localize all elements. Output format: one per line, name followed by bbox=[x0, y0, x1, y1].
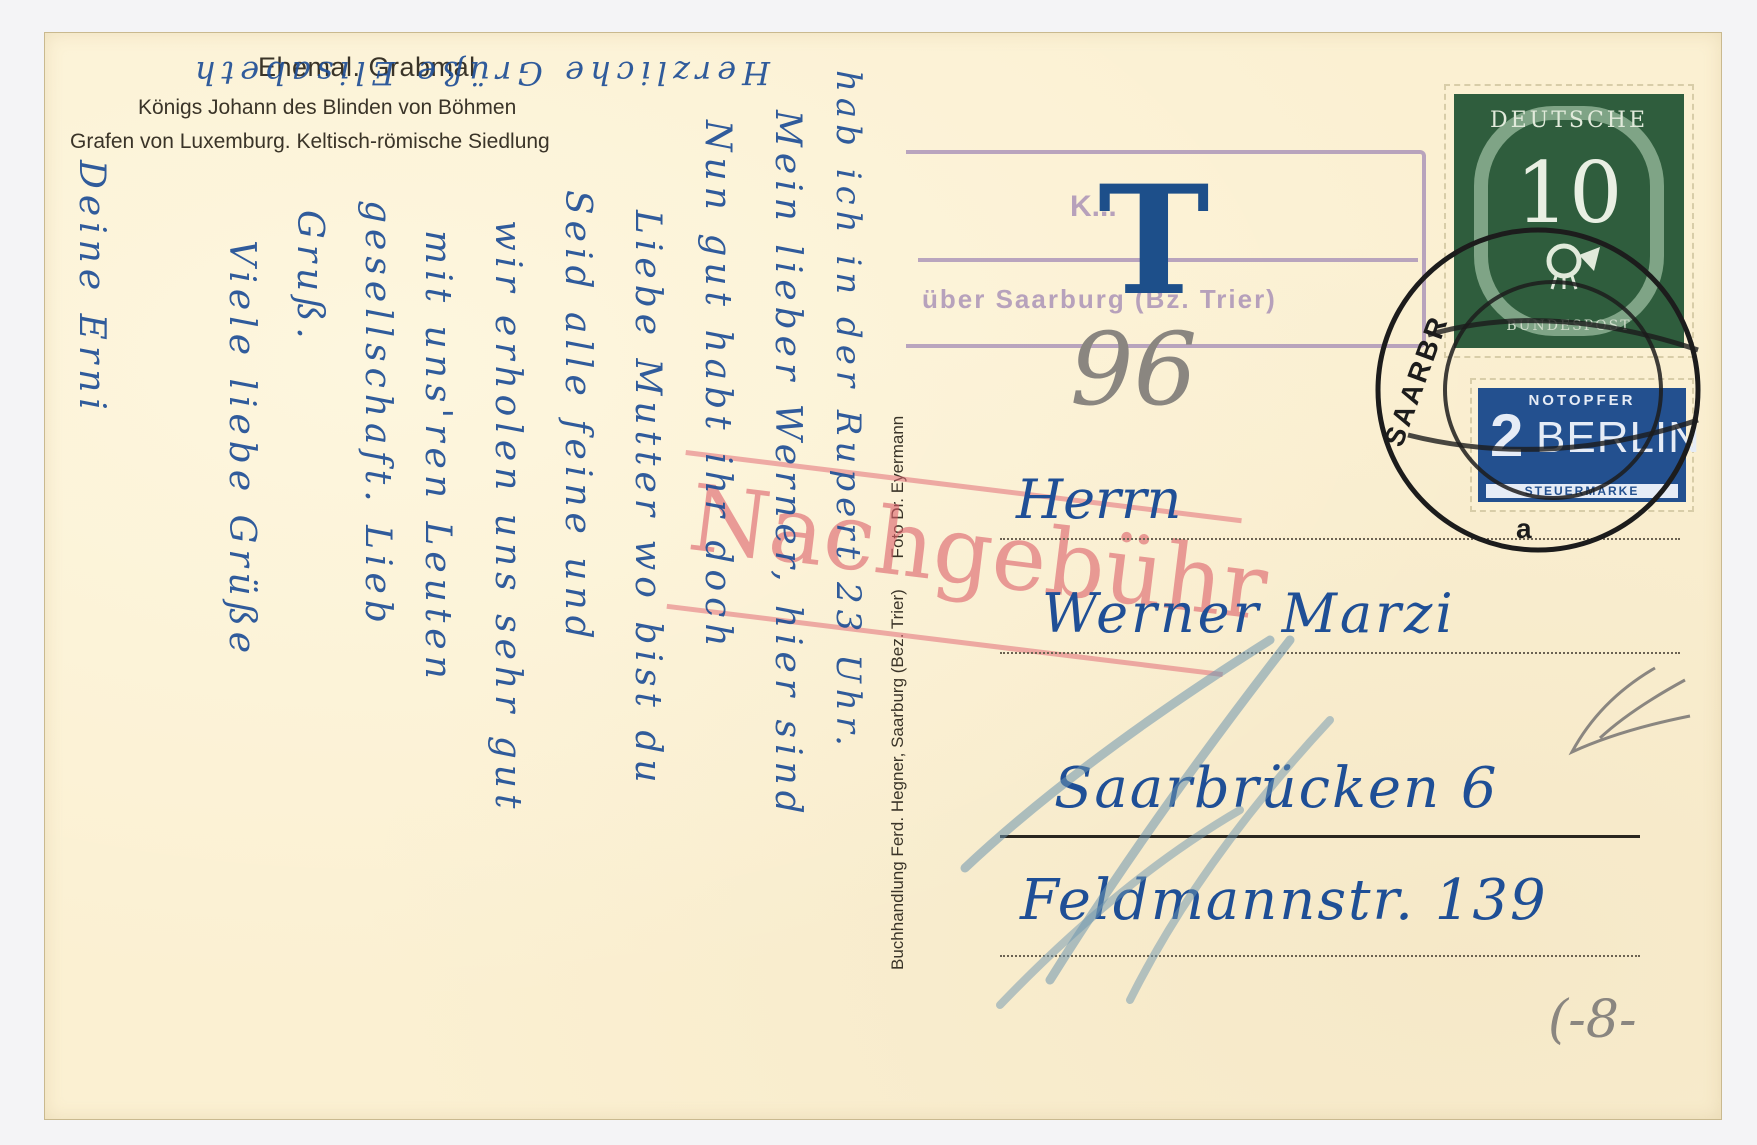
address-line bbox=[1000, 955, 1640, 957]
message-line: wir erholen uns sehr gut bbox=[487, 220, 528, 814]
message-line: Viele liebe Grüße bbox=[221, 240, 262, 659]
address-line-underline bbox=[1000, 835, 1640, 838]
pencil-note: 96 bbox=[1070, 320, 1197, 420]
caption-subtitle-1: Königs Johann des Blinden von Böhmen bbox=[138, 96, 516, 120]
publisher-name: Buchhandlung Ferd. Hegner, Saarburg (Bez… bbox=[888, 589, 907, 970]
message-line: mit uns'ren Leuten bbox=[417, 230, 458, 685]
postage-due-mark: T bbox=[1098, 166, 1210, 316]
caption-subtitle-2: Grafen von Luxemburg. Keltisch-römische … bbox=[70, 130, 550, 154]
address-line bbox=[1000, 652, 1680, 654]
message-line: Seid alle feine und bbox=[557, 190, 598, 645]
stamp-country: DEUTSCHE bbox=[1454, 108, 1684, 133]
message-line: Mein lieber Werner, hier sind bbox=[767, 110, 808, 820]
message-line: Nun gut habt ihr doch bbox=[697, 120, 738, 652]
address-city: Saarbrücken 6 bbox=[1054, 756, 1499, 821]
pencil-note: (-8- bbox=[1548, 990, 1637, 1050]
pencil-check-icon bbox=[1560, 660, 1700, 760]
address-street: Feldmannstr. 139 bbox=[1020, 868, 1548, 933]
address-name: Werner Marzi bbox=[1042, 582, 1456, 645]
message-line: Gruß. bbox=[289, 210, 330, 345]
message-line: hab ich in der Rupert 23 Uhr. bbox=[828, 70, 868, 752]
message-signature: Deine Erni bbox=[71, 160, 112, 416]
svg-text:a: a bbox=[1516, 513, 1532, 544]
message-inverted-line: Herzliche Grüße Elisabeth bbox=[189, 54, 770, 92]
address-salutation: Herrn bbox=[1016, 468, 1181, 531]
message-line: gesellschaft. Lieb bbox=[357, 200, 398, 629]
message-line: Liebe Mutter wo bist du bbox=[627, 210, 668, 789]
